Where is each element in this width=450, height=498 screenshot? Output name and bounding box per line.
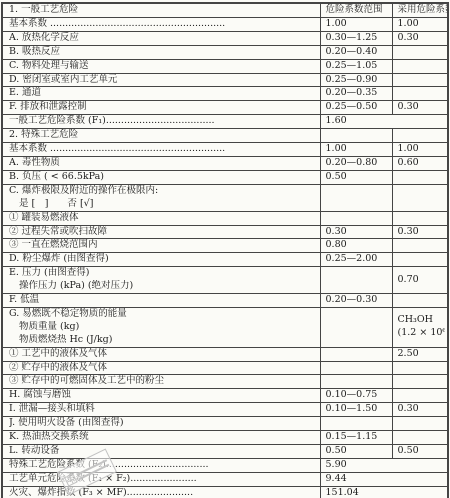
row-label: ② 贮存中的液体及气体	[2, 361, 320, 375]
table-row: 基本系数 ...................................…	[2, 17, 448, 31]
table-row: D. 密闭室或室内工艺单元0.25—0.90	[2, 73, 448, 87]
row-label: A. 毒性物质	[2, 156, 320, 170]
row-adopted-value	[392, 211, 448, 225]
row-adopted-value: 0.60	[392, 156, 448, 170]
table-row: H. 腐蚀与磨蚀0.10—0.75	[2, 389, 448, 403]
table-row: B. 负压 ( < 66.5kPa)0.50	[2, 170, 448, 184]
row-label: J. 使用明火设备 (由图查得)	[2, 417, 320, 431]
row-label: ③ 贮存中的可燃固体及工艺中的粉尘	[2, 375, 320, 389]
row-adopted-value: 1.00	[392, 143, 448, 157]
row-label: 工艺单元危险系数 (F₁ × F₂)......................	[2, 472, 320, 486]
row-label: F. 排放和泄露控制	[2, 101, 320, 115]
row-adopted-value	[392, 417, 448, 431]
table-row: F. 低温0.20—0.30	[2, 294, 448, 308]
row-label: 火灾、爆炸指数 (F₃ × MF)......................	[2, 486, 320, 498]
row-value: 1.60	[320, 115, 448, 129]
table-row: ③ 贮存中的可燃固体及工艺中的粉尘	[2, 375, 448, 389]
row-range-value: 0.20—0.35	[320, 87, 392, 101]
table-row: B. 吸热反应0.20—0.40	[2, 45, 448, 59]
row-adopted-value	[392, 239, 448, 253]
table-row: F. 排放和泄露控制0.25—0.500.30	[2, 101, 448, 115]
row-adopted-value	[392, 73, 448, 87]
row-adopted-value	[392, 361, 448, 375]
table-row: 2. 特殊工艺危险	[2, 129, 448, 143]
row-label: F. 低温	[2, 294, 320, 308]
table-row: J. 使用明火设备 (由图查得)	[2, 417, 448, 431]
table-row: L. 转动设备0.500.50	[2, 445, 448, 459]
row-range-value	[320, 361, 392, 375]
row-range-value: 0.20—0.40	[320, 45, 392, 59]
row-label: A. 放热化学反应	[2, 31, 320, 45]
row-label: ① 工艺中的液体及气体	[2, 347, 320, 361]
table-row: ③ 一直在燃烧范围内0.80	[2, 239, 448, 253]
row-range-value: 0.30	[320, 225, 392, 239]
row-adopted-value: 0.30	[392, 101, 448, 115]
row-label: B. 负压 ( < 66.5kPa)	[2, 170, 320, 184]
header-row: 1. 一般工艺危险 危险系数范围 采用危险系数	[2, 3, 448, 17]
table-row: ② 贮存中的液体及气体	[2, 361, 448, 375]
row-range-value	[320, 307, 392, 347]
row-label: 基本系数 ...................................…	[2, 143, 320, 157]
row-label: B. 吸热反应	[2, 45, 320, 59]
row-adopted-value	[392, 389, 448, 403]
row-adopted-value: 0.30	[392, 31, 448, 45]
row-range-value	[320, 417, 392, 431]
column-header-range: 危险系数范围	[320, 3, 392, 17]
table-row: E. 压力 (由图查得)操作压力 (kPa) (绝对压力)0.70	[2, 267, 448, 294]
row-label: D. 粉尘爆炸 (由图查得)	[2, 253, 320, 267]
table-row: 火灾、爆炸指数 (F₃ × MF)......................1…	[2, 486, 448, 498]
table-row: ① 工艺中的液体及气体2.50	[2, 347, 448, 361]
row-range-value: 0.25—1.05	[320, 59, 392, 73]
row-adopted-value: 0.70	[392, 267, 448, 294]
table-row: K. 热油热交换系统0.15—1.15	[2, 431, 448, 445]
table-row: I. 泄漏—接头和填料0.10—1.500.30	[2, 403, 448, 417]
row-range-value: 0.30—1.25	[320, 31, 392, 45]
row-adopted-value: 0.30	[392, 403, 448, 417]
row-range-value: 0.15—1.15	[320, 431, 392, 445]
row-value: 5.90	[320, 458, 448, 472]
table-row: A. 毒性物质0.20—0.800.60	[2, 156, 448, 170]
row-adopted-value	[392, 375, 448, 389]
table-row: 一般工艺危险系数 (F₁)...........................…	[2, 115, 448, 129]
row-range-value	[320, 267, 392, 294]
row-label: H. 腐蚀与磨蚀	[2, 389, 320, 403]
row-adopted-value	[392, 431, 448, 445]
row-adopted-value	[392, 253, 448, 267]
row-label: G. 易燃既不稳定物质的能量物质重量 (kg)物质燃烧热 Hc (J/kg)	[2, 307, 320, 347]
row-range-value: 0.25—2.00	[320, 253, 392, 267]
row-range-value: 0.50	[320, 170, 392, 184]
row-label: 一般工艺危险系数 (F₁)...........................…	[2, 115, 320, 129]
row-label: ③ 一直在燃烧范围内	[2, 239, 320, 253]
row-adopted-value	[392, 129, 448, 143]
row-value: 9.44	[320, 472, 448, 486]
row-range-value	[320, 184, 392, 211]
row-range-value: 0.80	[320, 239, 392, 253]
row-range-value: 0.20—0.30	[320, 294, 392, 308]
table-row: ② 过程失常或吹扫故障0.300.30	[2, 225, 448, 239]
row-range-value: 0.25—0.90	[320, 73, 392, 87]
table-row: C. 物料处理与输送0.25—1.05	[2, 59, 448, 73]
row-label: 基本系数 ...................................…	[2, 17, 320, 31]
row-label: E. 压力 (由图查得)操作压力 (kPa) (绝对压力)	[2, 267, 320, 294]
row-range-value: 0.10—1.50	[320, 403, 392, 417]
row-adopted-value: 0.50	[392, 445, 448, 459]
fire-explosion-index-table: 1. 一般工艺危险 危险系数范围 采用危险系数 基本系数 ...........…	[1, 2, 449, 498]
row-label: 2. 特殊工艺危险	[2, 129, 320, 143]
section-1-title: 1. 一般工艺危险	[2, 3, 320, 17]
row-label: C. 爆炸极限及附近的操作在极限内:是 [ ] 否 [√]	[2, 184, 320, 211]
row-label: L. 转动设备	[2, 445, 320, 459]
column-header-adopted: 采用危险系数	[392, 3, 448, 17]
row-adopted-value	[392, 87, 448, 101]
row-range-value: 0.50	[320, 445, 392, 459]
table-body: 基本系数 ...................................…	[2, 17, 448, 498]
row-adopted-value: 1.00	[392, 17, 448, 31]
row-adopted-value	[392, 59, 448, 73]
row-range-value: 1.00	[320, 143, 392, 157]
table-row: 基本系数 ...................................…	[2, 143, 448, 157]
table-row: C. 爆炸极限及附近的操作在极限内:是 [ ] 否 [√]	[2, 184, 448, 211]
row-range-value	[320, 211, 392, 225]
table-row: A. 放热化学反应0.30—1.250.30	[2, 31, 448, 45]
row-range-value: 0.10—0.75	[320, 389, 392, 403]
row-value: 151.04	[320, 486, 448, 498]
row-range-value: 0.25—0.50	[320, 101, 392, 115]
row-range-value	[320, 375, 392, 389]
row-adopted-value: 0.30	[392, 225, 448, 239]
row-label: C. 物料处理与输送	[2, 59, 320, 73]
row-label: 特殊工艺危险系数 (F₂)...........................…	[2, 458, 320, 472]
row-range-value: 0.20—0.80	[320, 156, 392, 170]
row-label: E. 通道	[2, 87, 320, 101]
table-row: E. 通道0.20—0.35	[2, 87, 448, 101]
row-adopted-value	[392, 45, 448, 59]
row-adopted-value: CH₃OH(1.2 × 10⁶)	[392, 307, 448, 347]
row-label: K. 热油热交换系统	[2, 431, 320, 445]
row-label: ② 过程失常或吹扫故障	[2, 225, 320, 239]
row-range-value	[320, 129, 392, 143]
table-row: 特殊工艺危险系数 (F₂)...........................…	[2, 458, 448, 472]
row-adopted-value	[392, 170, 448, 184]
row-adopted-value	[392, 294, 448, 308]
row-adopted-value: 2.50	[392, 347, 448, 361]
row-range-value	[320, 347, 392, 361]
table-row: ① 罐装易燃液体	[2, 211, 448, 225]
row-label: D. 密闭室或室内工艺单元	[2, 73, 320, 87]
table-row: G. 易燃既不稳定物质的能量物质重量 (kg)物质燃烧热 Hc (J/kg)CH…	[2, 307, 448, 347]
row-label: ① 罐装易燃液体	[2, 211, 320, 225]
table-row: D. 粉尘爆炸 (由图查得)0.25—2.00	[2, 253, 448, 267]
row-adopted-value	[392, 184, 448, 211]
row-label: I. 泄漏—接头和填料	[2, 403, 320, 417]
row-range-value: 1.00	[320, 17, 392, 31]
table-row: 工艺单元危险系数 (F₁ × F₂)......................…	[2, 472, 448, 486]
